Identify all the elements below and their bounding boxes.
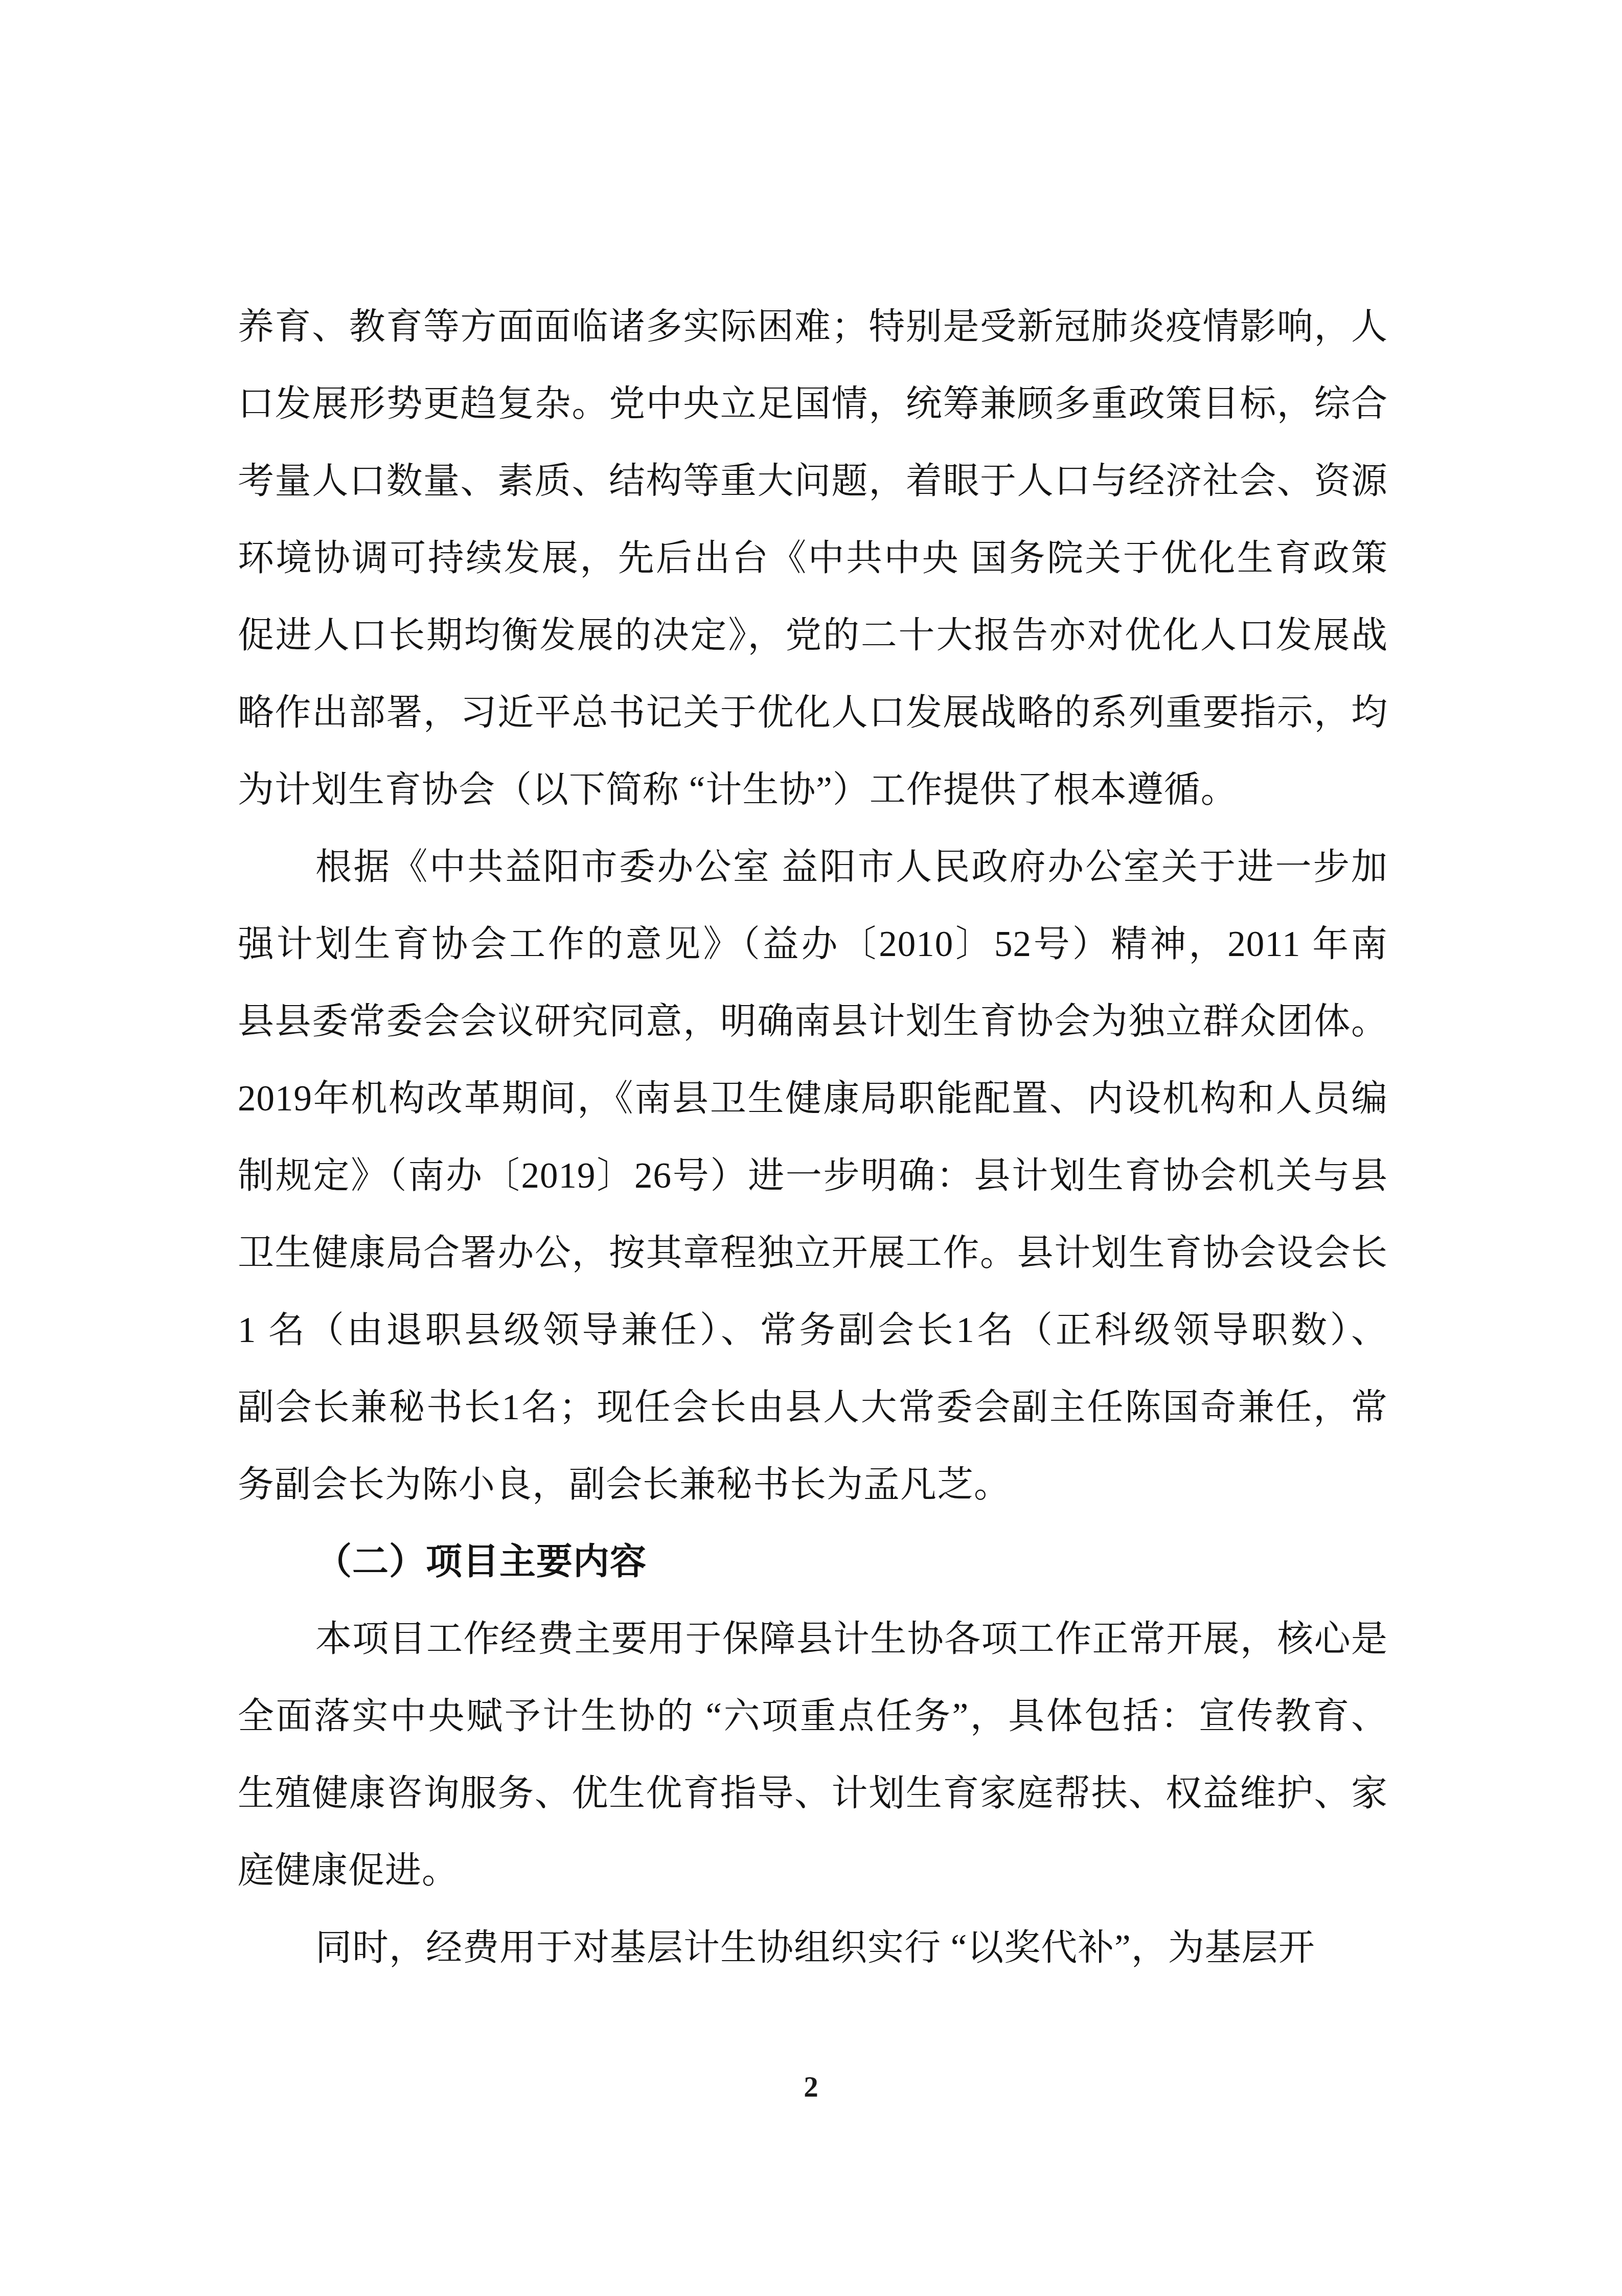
text-line: 全面落实中央赋予计生协的 “六项重点任务”，具体包括：宣传教育、 xyxy=(238,1678,1388,1755)
page-number: 2 xyxy=(0,2070,1622,2105)
document-page: 养育、教育等方面面临诸多实际困难；特别是受新冠肺炎疫情影响，人口发展形势更趋复杂… xyxy=(0,0,1622,2296)
text-line: 根据《中共益阳市委办公室 益阳市人民政府办公室关于进一步加 xyxy=(238,829,1388,906)
text-line: 县县委常委会会议研究同意，明确南县计划生育协会为独立群众团体。 xyxy=(238,983,1388,1060)
text-line: 考量人口数量、素质、结构等重大问题，着眼于人口与经济社会、资源 xyxy=(238,443,1388,520)
text-line: 本项目工作经费主要用于保障县计生协各项工作正常开展，核心是 xyxy=(238,1601,1388,1678)
text-line: 口发展形势更趋复杂。党中央立足国情，统筹兼顾多重政策目标，综合 xyxy=(238,366,1388,443)
text-line: 略作出部署，习近平总书记关于优化人口发展战略的系列重要指示，均 xyxy=(238,674,1388,752)
text-line: 环境协调可持续发展，先后出台《中共中央 国务院关于优化生育政策 xyxy=(238,520,1388,597)
text-line: 副会长兼秘书长1名；现任会长由县人大常委会副主任陈国奇兼任，常 xyxy=(238,1369,1388,1446)
document-text: 养育、教育等方面面临诸多实际困难；特别是受新冠肺炎疫情影响，人口发展形势更趋复杂… xyxy=(238,288,1388,1987)
text-line: 强计划生育协会工作的意见》（益办〔2010〕52号）精神，2011 年南 xyxy=(238,906,1388,983)
text-line: 同时，经费用于对基层计生协组织实行 “以奖代补”，为基层开 xyxy=(238,1909,1388,1987)
text-line: 1 名（由退职县级领导兼任）、常务副会长1名（正科级领导职数）、 xyxy=(238,1292,1388,1369)
text-line: 养育、教育等方面面临诸多实际困难；特别是受新冠肺炎疫情影响，人 xyxy=(238,288,1388,366)
text-line: 卫生健康局合署办公，按其章程独立开展工作。县计划生育协会设会长 xyxy=(238,1215,1388,1292)
text-line: 制规定》（南办〔2019〕26号）进一步明确：县计划生育协会机关与县 xyxy=(238,1138,1388,1215)
text-line: 生殖健康咨询服务、优生优育指导、计划生育家庭帮扶、权益维护、家 xyxy=(238,1755,1388,1832)
section-heading: （二）项目主要内容 xyxy=(238,1524,1388,1601)
text-line: 务副会长为陈小良，副会长兼秘书长为孟凡芝。 xyxy=(238,1446,1388,1524)
text-line: 2019年机构改革期间，《南县卫生健康局职能配置、内设机构和人员编 xyxy=(238,1060,1388,1138)
text-line: 促进人口长期均衡发展的决定》，党的二十大报告亦对优化人口发展战 xyxy=(238,597,1388,674)
text-line: 为计划生育协会（以下简称 “计生协”）工作提供了根本遵循。 xyxy=(238,752,1388,829)
text-line: 庭健康促进。 xyxy=(238,1832,1388,1909)
